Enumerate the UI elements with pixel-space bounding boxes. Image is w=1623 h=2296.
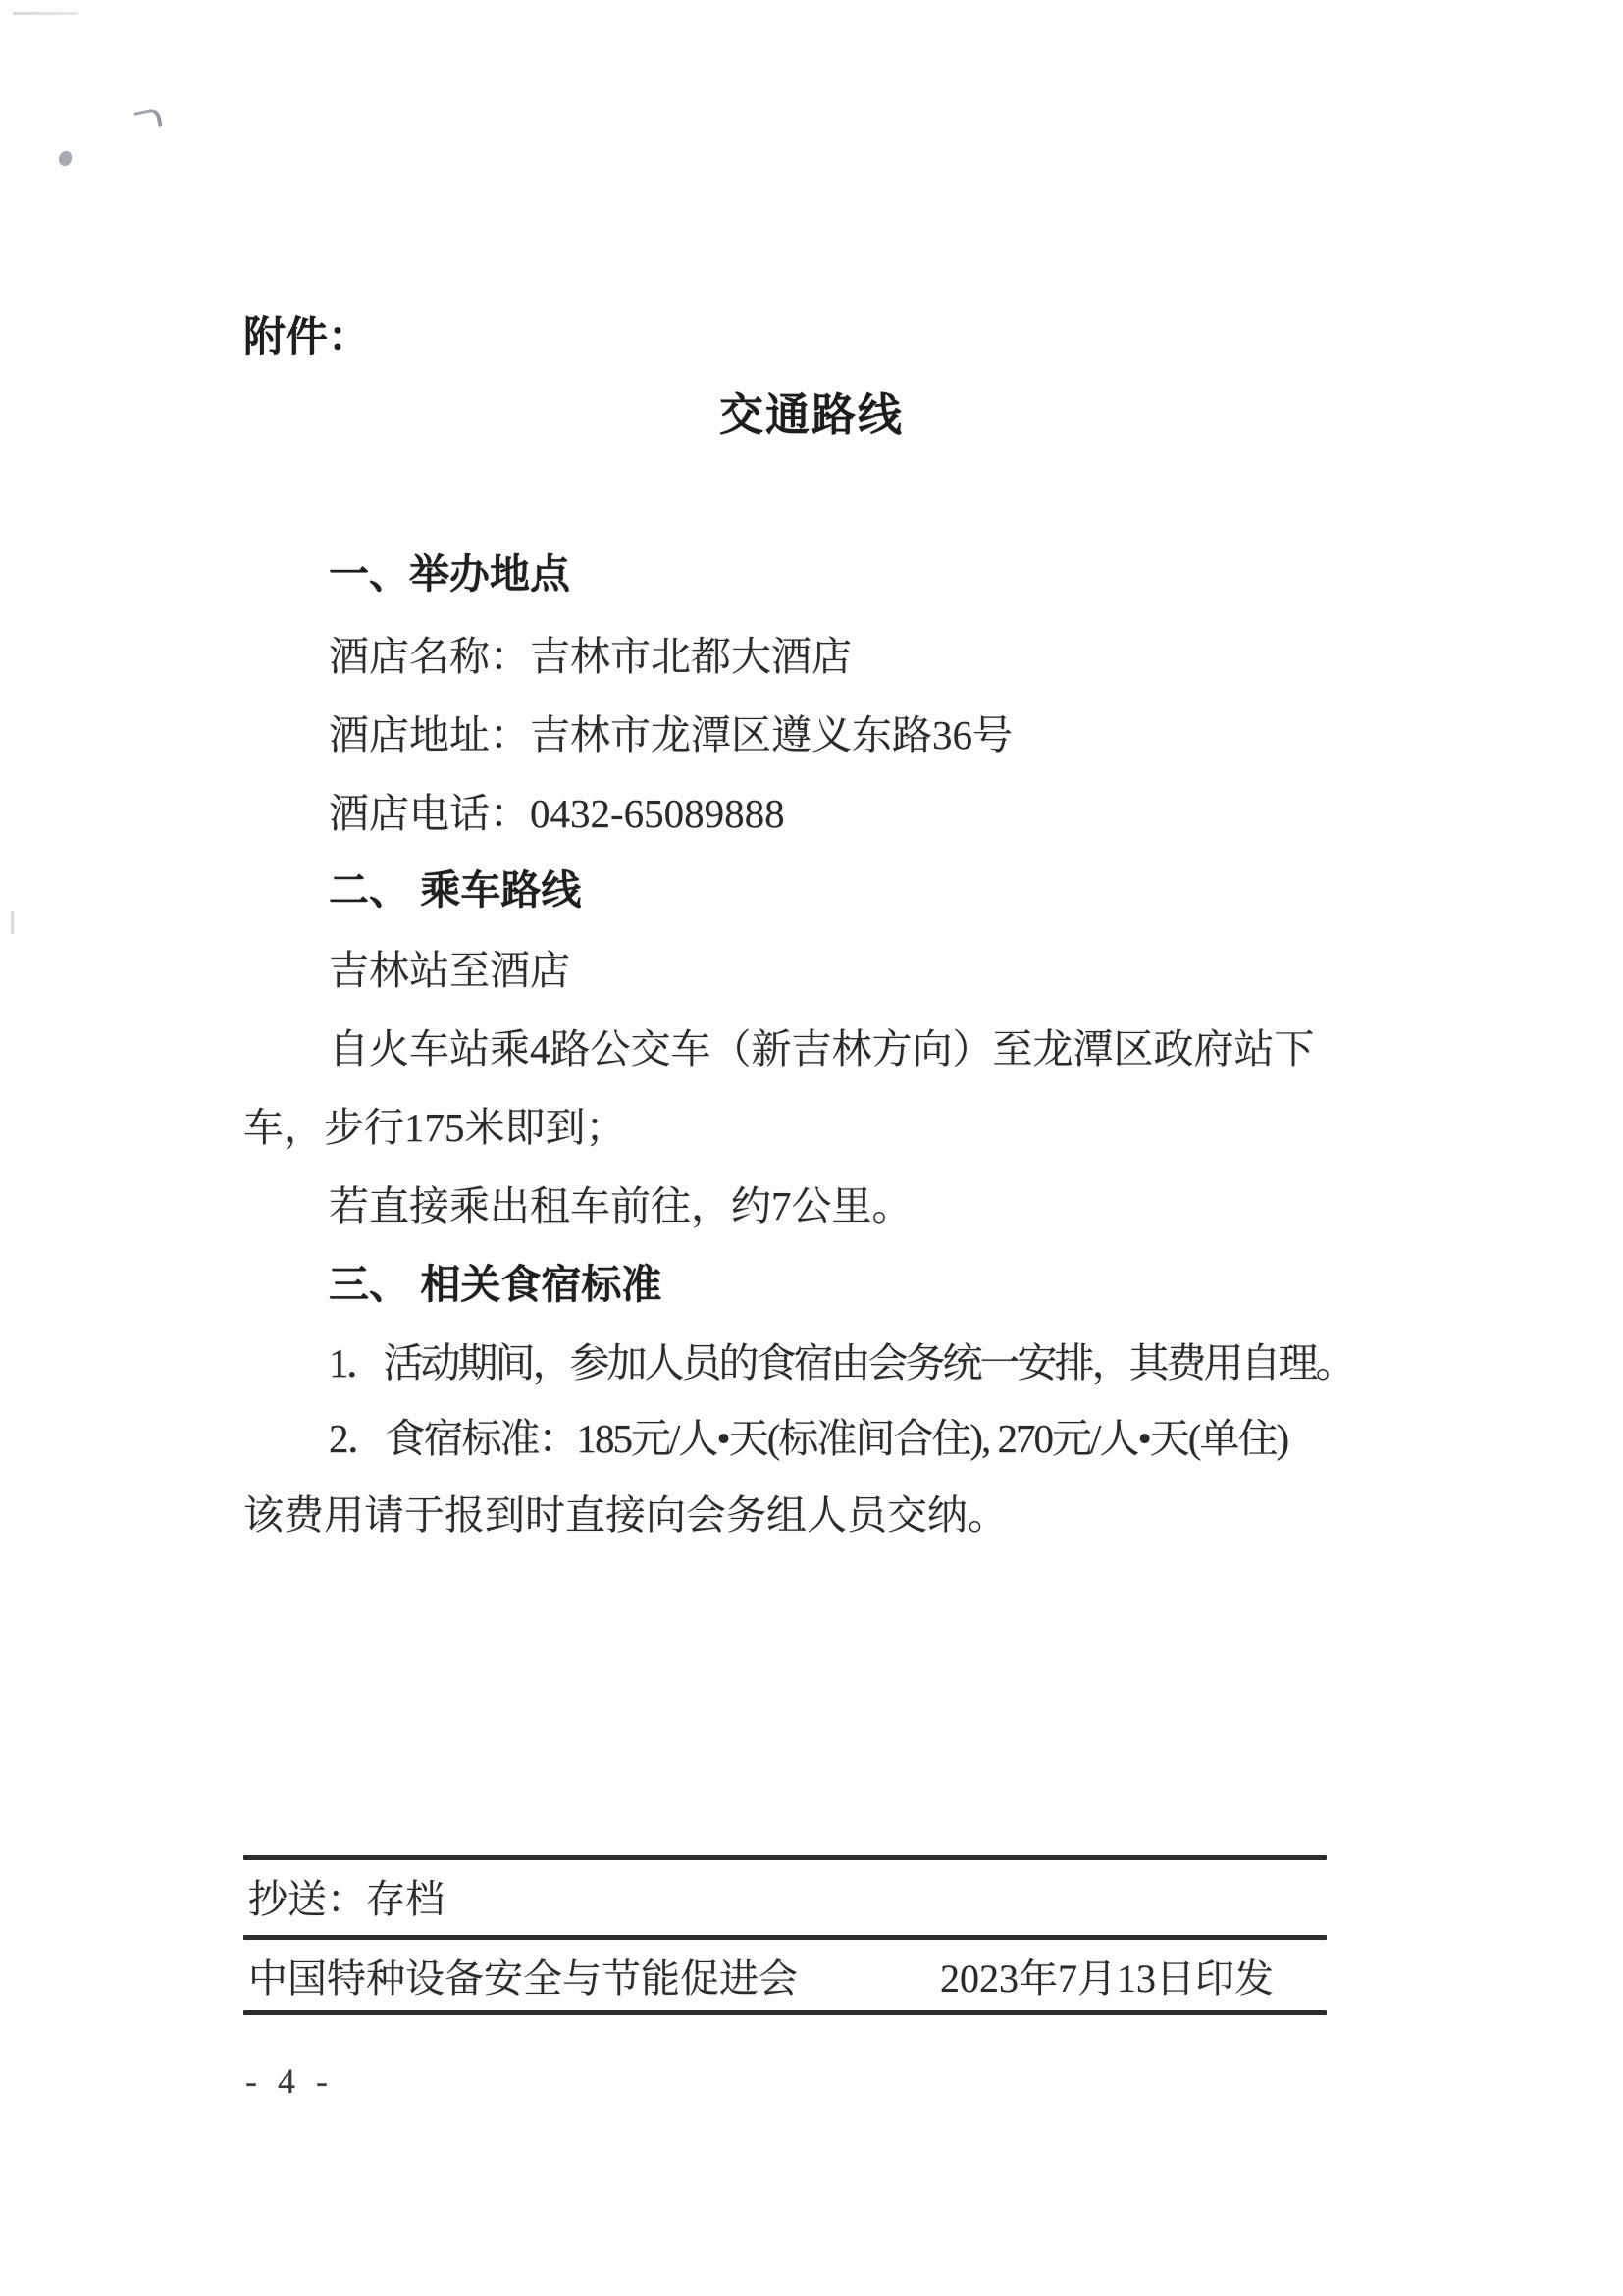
lodging-item-1-line: 1．活动期间，参加人员的食宿由会务统一安排，其费用自理。 — [329, 1340, 1353, 1386]
hotel-phone-line: 酒店电话：0432-65089888 — [329, 791, 785, 837]
section-heading-bus-route: 二、 乘车路线 — [329, 867, 581, 913]
page-number: - 4 - — [245, 2061, 334, 2102]
scan-artifact-tick — [11, 911, 14, 934]
page-title: 交通路线 — [0, 391, 1623, 442]
copy-to-line: 抄送：存档 — [248, 1877, 445, 1922]
section-heading-venue: 一、举办地点 — [329, 551, 570, 598]
hotel-name-line: 酒店名称：吉林市北都大酒店 — [329, 634, 852, 680]
scan-artifact-line — [13, 12, 78, 15]
section-heading-lodging: 三、 相关食宿标准 — [329, 1262, 661, 1308]
document-page: 附件： 交通路线 一、举办地点 酒店名称：吉林市北都大酒店 酒店地址：吉林市龙潭… — [0, 0, 1623, 2296]
footer-rule-middle — [243, 1935, 1327, 1940]
route-title-line: 吉林站至酒店 — [329, 948, 570, 994]
route-line-1: 自火车站乘4路公交车（新吉林方向）至龙潭区政府站下 — [329, 1026, 1315, 1072]
lodging-item-2-continuation: 该费用请于报到时直接向会务组人员交纳。 — [243, 1492, 1008, 1539]
scan-smudge — [133, 108, 162, 131]
route-taxi-line: 若直接乘出租车前往，约7公里。 — [329, 1183, 913, 1229]
issue-date: 2023年7月13日印发 — [940, 1957, 1274, 2002]
footer-rule-top — [243, 1855, 1327, 1860]
issuer-name: 中国特种设备安全与节能促进会 — [248, 1957, 798, 2002]
route-line-2: 车，步行175米即到； — [243, 1105, 626, 1151]
lodging-item-2-line: 2．食宿标准：185元/人•天(标准间合住), 270元/人•天(单住) — [329, 1416, 1287, 1462]
scan-smudge — [59, 151, 72, 166]
attachment-label: 附件： — [243, 314, 370, 362]
footer-rule-bottom — [243, 2010, 1327, 2015]
hotel-address-line: 酒店地址：吉林市龙潭区遵义东路36号 — [329, 712, 1013, 758]
